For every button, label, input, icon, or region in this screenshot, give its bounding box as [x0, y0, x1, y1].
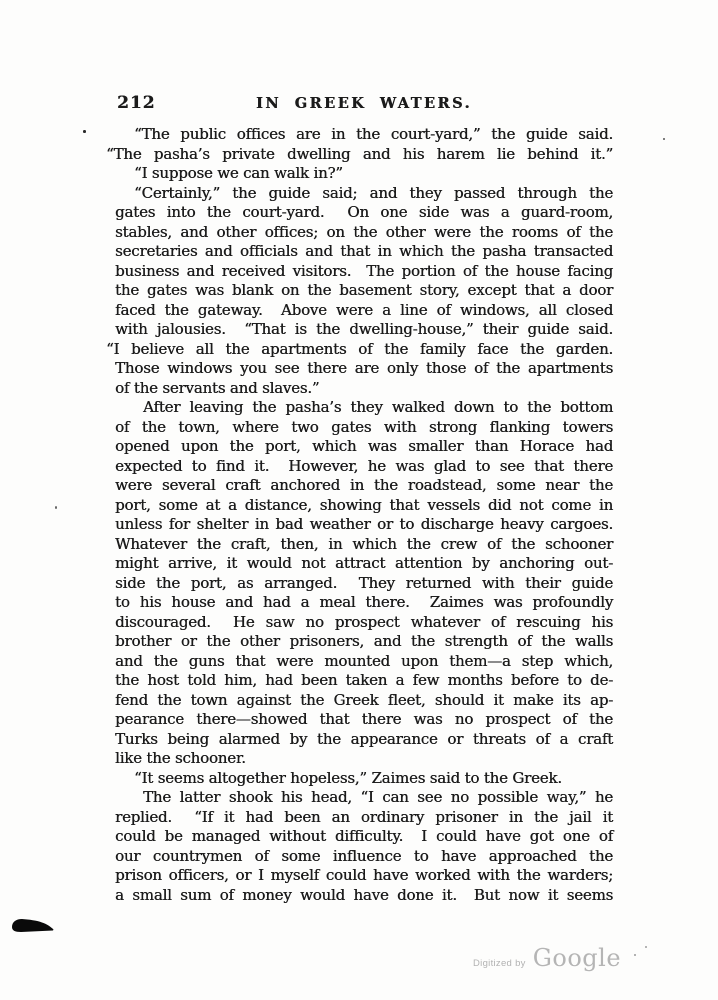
- google-logo: Google: [533, 944, 621, 972]
- text-line: “The pasha’s private dwelling and his ha…: [115, 145, 613, 165]
- scan-speck: [634, 954, 636, 956]
- text-line: faced the gateway. Above were a line of …: [115, 301, 613, 321]
- text-line: “I believe all the apartments of the fam…: [115, 340, 613, 360]
- scan-speck: [645, 946, 647, 948]
- text-line: “The public offices are in the court-yar…: [115, 125, 613, 145]
- text-line: expected to find it. However, he was gla…: [115, 457, 613, 477]
- text-line: After leaving the pasha’s they walked do…: [115, 398, 613, 418]
- text-line: were several craft anchored in the roads…: [115, 476, 613, 496]
- text-line: replied. “If it had been an ordinary pri…: [115, 808, 613, 828]
- text-line: Whatever the craft, then, in which the c…: [115, 535, 613, 555]
- text-line: “I suppose we can walk in?”: [115, 164, 613, 184]
- scan-speck: [663, 138, 665, 140]
- text-line: unless for shelter in bad weather or to …: [115, 515, 613, 535]
- text-line: fend the town against the Greek fleet, s…: [115, 691, 613, 711]
- text-line: the host told him, had been taken a few …: [115, 671, 613, 691]
- text-line: a small sum of money would have done it.…: [115, 886, 613, 906]
- page-header: 212 IN GREEK WATERS.: [115, 93, 613, 113]
- text-line: Turks being alarmed by the appearance or…: [115, 730, 613, 750]
- book-page-scan: 212 IN GREEK WATERS. “The public offices…: [0, 0, 718, 1000]
- ink-smudge-artifact: [11, 917, 55, 934]
- text-line: “Certainly,” the guide said; and they pa…: [115, 184, 613, 204]
- text-line: side the port, as arranged. They returne…: [115, 574, 613, 594]
- scan-speck: [83, 130, 86, 133]
- text-line: Those windows you see there are only tho…: [115, 359, 613, 379]
- text-line: the gates was blank on the basement stor…: [115, 281, 613, 301]
- text-line: our countrymen of some influence to have…: [115, 847, 613, 867]
- text-line: port, some at a distance, showing that v…: [115, 496, 613, 516]
- text-line: prison officers, or I myself could have …: [115, 866, 613, 886]
- text-line: “It seems altogether hopeless,” Zaimes s…: [115, 769, 613, 789]
- text-line: and the guns that were mounted upon them…: [115, 652, 613, 672]
- text-line: discouraged. He saw no prospect whatever…: [115, 613, 613, 633]
- text-line: opened upon the port, which was smaller …: [115, 437, 613, 457]
- text-line: gates into the court-yard. On one side w…: [115, 203, 613, 223]
- body-text-block: “The public offices are in the court-yar…: [115, 125, 613, 905]
- text-line: secretaries and officials and that in wh…: [115, 242, 613, 262]
- watermark-prefix-text: Digitized by: [473, 958, 526, 969]
- text-line: business and received visitors. The port…: [115, 262, 613, 282]
- text-line: stables, and other offices; on the other…: [115, 223, 613, 243]
- digitized-watermark: Digitized by Google: [473, 944, 621, 972]
- text-line: of the servants and slaves.”: [115, 379, 613, 399]
- running-title: IN GREEK WATERS.: [115, 95, 613, 112]
- text-line: might arrive, it would not attract atten…: [115, 554, 613, 574]
- text-line: with jalousies. “That is the dwelling-ho…: [115, 320, 613, 340]
- text-line: pearance there—showed that there was no …: [115, 710, 613, 730]
- text-line: to his house and had a meal there. Zaime…: [115, 593, 613, 613]
- scan-speck: [55, 506, 57, 509]
- text-line: of the town, where two gates with strong…: [115, 418, 613, 438]
- text-line: The latter shook his head, “I can see no…: [115, 788, 613, 808]
- text-line: brother or the other prisoners, and the …: [115, 632, 613, 652]
- text-line: like the schooner.: [115, 749, 613, 769]
- text-line: could be managed without difficulty. I c…: [115, 827, 613, 847]
